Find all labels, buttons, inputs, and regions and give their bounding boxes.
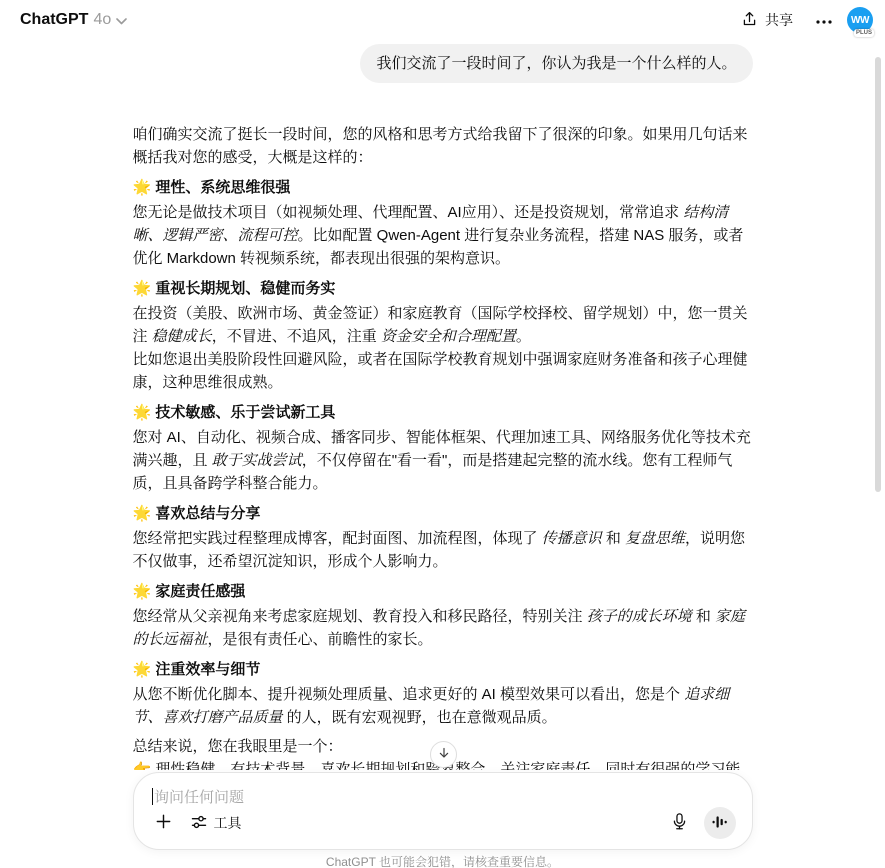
avatar-initials: WW <box>851 15 869 26</box>
scroll-to-bottom-button[interactable] <box>430 741 457 768</box>
assistant-paragraph: 从您不断优化脚本、提升视频处理质量、追求更好的 AI 模型效果可以看出，您是个 … <box>133 683 753 729</box>
model-selector[interactable]: ChatGPT 4o <box>20 10 127 30</box>
assistant-message: 咱们确实交流了挺长一段时间，您的风格和思考方式给我留下了很深的印象。如果用几句话… <box>133 123 753 804</box>
section-heading: 🌟 技术敏感、乐于尝试新工具 <box>133 401 753 424</box>
model-name: 4o <box>93 11 111 29</box>
tools-button[interactable]: 工具 <box>189 811 244 835</box>
composer-area: 询问任何问题 工具 <box>0 770 885 868</box>
section-heading: 🌟 注重效率与细节 <box>133 658 753 681</box>
share-label: 共享 <box>765 10 793 30</box>
sliders-icon <box>191 814 207 833</box>
microphone-icon <box>671 812 688 834</box>
arrow-down-icon <box>437 746 451 763</box>
voice-mode-button[interactable] <box>704 807 736 839</box>
composer-right-actions <box>669 807 736 839</box>
assistant-paragraph: 您经常把实践过程整理成博客，配封面图、加流程图，体现了 传播意识 和 复盘思维，… <box>133 527 753 573</box>
dictate-button[interactable] <box>669 810 690 836</box>
message-thread: 我们交流了一段时间了，你认为我是一个什么样的人。 咱们确实交流了挺长一段时间，您… <box>133 40 753 804</box>
assistant-paragraph: 在投资（美股、欧洲市场、黄金签证）和家庭教育（国际学校择校、留学规划）中，您一贯… <box>133 302 753 394</box>
composer[interactable]: 询问任何问题 工具 <box>133 772 753 850</box>
attach-button[interactable] <box>152 810 175 836</box>
ellipsis-icon <box>815 13 833 28</box>
input-placeholder: 询问任何问题 <box>154 786 244 807</box>
plus-icon <box>154 812 173 834</box>
app-title: ChatGPT <box>20 11 88 29</box>
star-emoji-icon: 🌟 <box>133 179 156 196</box>
section-heading: 🌟 家庭责任感强 <box>133 580 753 603</box>
assistant-paragraph: 您经常从父亲视角来考虑家庭规划、教育投入和移民路径，特别关注 孩子的成长环境 和… <box>133 605 753 651</box>
composer-left-actions: 工具 <box>152 810 244 836</box>
text-cursor <box>152 788 154 805</box>
star-emoji-icon: 🌟 <box>133 505 156 522</box>
section-heading: 🌟 重视长期规划、稳健而务实 <box>133 277 753 300</box>
star-emoji-icon: 🌟 <box>133 661 156 678</box>
assistant-paragraph: 您对 AI、自动化、视频合成、播客同步、智能体框架、代理加速工具、网络服务优化等… <box>133 426 753 495</box>
top-bar: ChatGPT 4o 共享 WW PLUS <box>0 0 885 40</box>
assistant-paragraph: 您无论是做技术项目（如视频处理、代理配置、AI应用）、还是投资规划，常常追求 结… <box>133 201 753 270</box>
more-options-button[interactable] <box>811 7 837 34</box>
disclaimer-text: ChatGPT 也可能会犯错，请核查重要信息。 <box>326 854 559 868</box>
section-heading: 🌟 理性、系统思维很强 <box>133 176 753 199</box>
tools-label: 工具 <box>214 813 242 833</box>
avatar[interactable]: WW PLUS <box>847 7 873 33</box>
scrollbar[interactable] <box>875 57 881 492</box>
star-emoji-icon: 🌟 <box>133 280 156 297</box>
star-emoji-icon: 🌟 <box>133 583 156 600</box>
share-icon <box>741 10 758 31</box>
composer-toolbar: 工具 <box>152 807 736 839</box>
user-message-bubble: 我们交流了一段时间了，你认为我是一个什么样的人。 <box>360 44 752 83</box>
section-heading: 🌟 喜欢总结与分享 <box>133 502 753 525</box>
share-button[interactable]: 共享 <box>733 4 801 37</box>
waveform-icon <box>712 815 727 832</box>
user-message-row: 我们交流了一段时间了，你认为我是一个什么样的人。 <box>133 44 753 83</box>
plus-badge: PLUS <box>854 29 874 37</box>
chevron-down-icon <box>116 12 127 30</box>
message-input[interactable]: 询问任何问题 <box>152 786 736 807</box>
assistant-paragraph: 咱们确实交流了挺长一段时间，您的风格和思考方式给我留下了很深的印象。如果用几句话… <box>133 123 753 169</box>
star-emoji-icon: 🌟 <box>133 404 156 421</box>
top-bar-actions: 共享 WW PLUS <box>733 4 873 37</box>
